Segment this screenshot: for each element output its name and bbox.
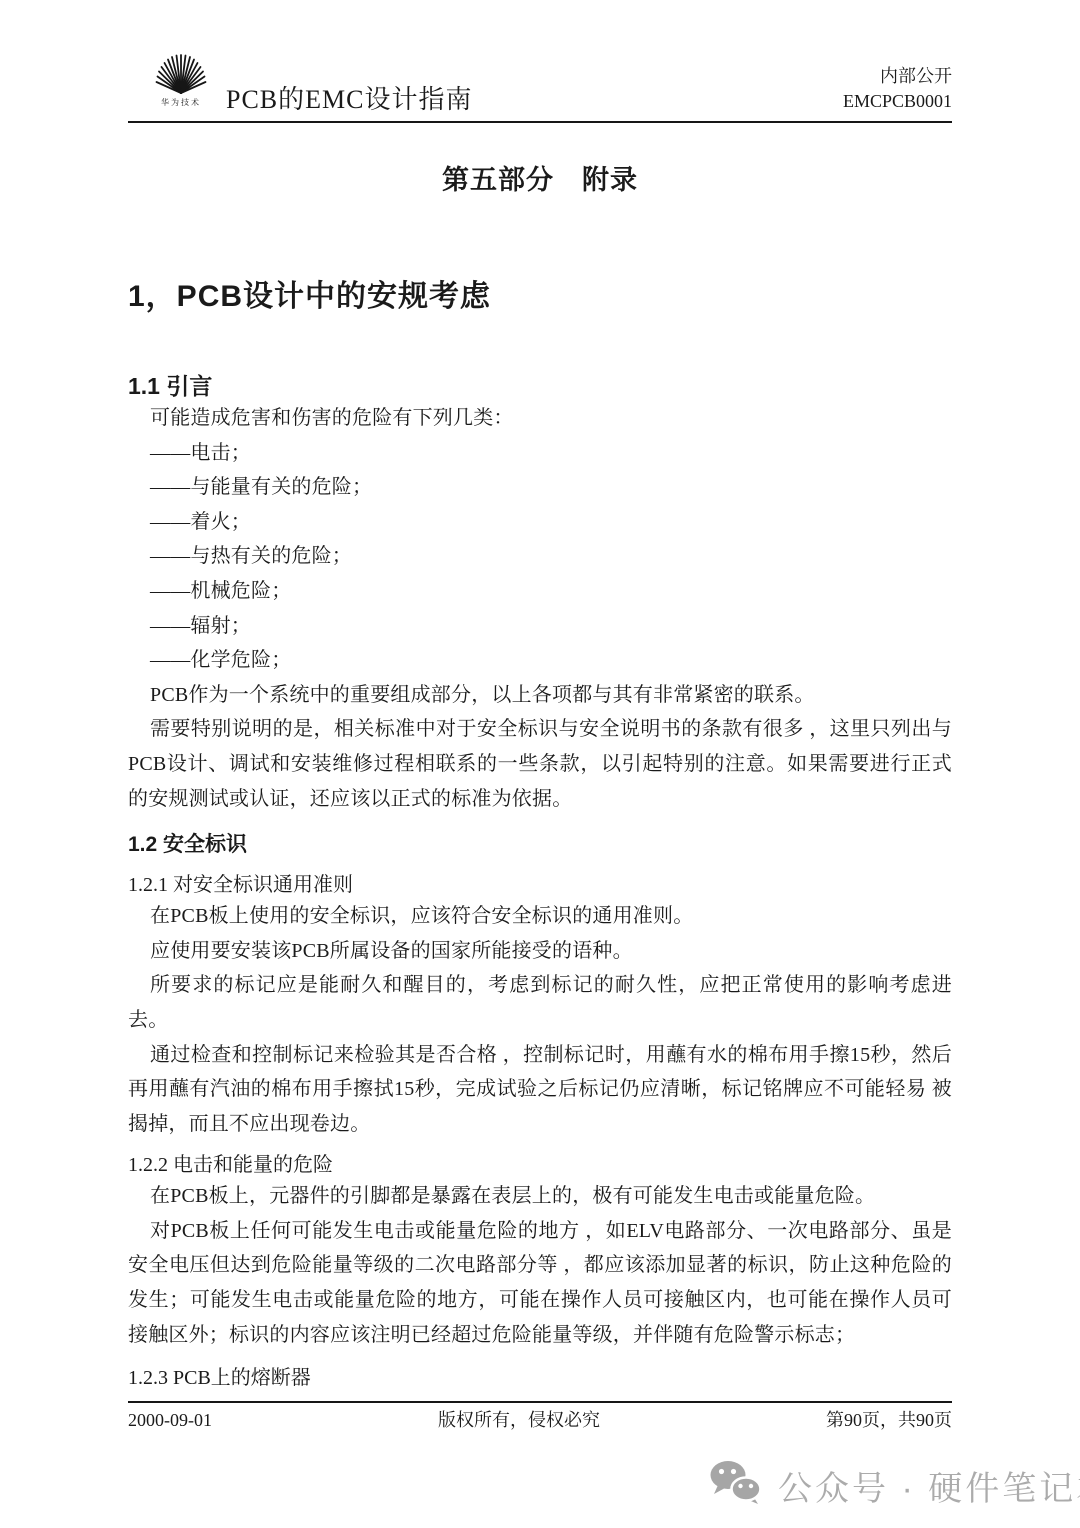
footer-divider	[128, 1401, 952, 1403]
section-heading-1-1: 1.1 引言	[128, 371, 952, 401]
footer-copyright: 版权所有，侵权必究	[212, 1407, 826, 1433]
section-heading-1-2-2: 1.2.2 电击和能量的危险	[128, 1151, 952, 1179]
paragraph: 应使用要安装该PCB所属设备的国家所能接受的语种。	[128, 934, 952, 969]
header-divider	[128, 121, 952, 123]
document-number: EMCPCB0001	[843, 89, 952, 114]
paragraph: 所要求的标记应是能耐久和醒目的，考虑到标记的耐久性，应把正常使用的影响考虑进去。	[128, 968, 952, 1037]
paragraph: 在PCB板上使用的安全标识，应该符合安全标识的通用准则。	[128, 899, 952, 934]
hazard-list-item: ——与能量有关的危险；	[128, 470, 952, 505]
hazard-list-item: ——化学危险；	[128, 643, 952, 678]
hazard-list-item: ——与热有关的危险；	[128, 539, 952, 574]
page-header: 华为技术 PCB的EMC设计指南 内部公开 EMCPCB0001	[128, 50, 952, 122]
document-title: PCB的EMC设计指南	[226, 79, 473, 116]
hazard-list-item: ——着火；	[128, 505, 952, 540]
paragraph: 需要特别说明的是，相关标准中对于安全标识与安全说明书的条款有很多 ，这里只列出与…	[128, 712, 952, 816]
company-logo: 华为技术	[150, 52, 212, 108]
huawei-fan-logo-icon	[150, 52, 212, 98]
page-footer: 2000-09-01 版权所有，侵权必究 第90页，共90页	[128, 1407, 952, 1433]
paragraph: 可能造成危害和伤害的危险有下列几类：	[128, 401, 952, 436]
logo-brand-text: 华为技术	[150, 98, 212, 108]
section-heading-1-2: 1.2 安全标识	[128, 830, 952, 860]
header-meta: 内部公开 EMCPCB0001	[843, 64, 952, 114]
chapter-title: 1，PCB设计中的安规考虑	[128, 277, 952, 317]
paragraph: PCB作为一个系统中的重要组成部分，以上各项都与其有非常紧密的联系。	[128, 678, 952, 713]
watermark-text: 公众号 · 硬件笔记本	[778, 1461, 1080, 1510]
hazard-list-item: ——电击；	[128, 436, 952, 471]
section-heading-1-2-3: 1.2.3 PCB上的熔断器	[128, 1364, 952, 1392]
hazard-list-item: ——机械危险；	[128, 574, 952, 609]
part-title: 第五部分 附录	[128, 162, 952, 198]
footer-date: 2000-09-01	[128, 1407, 212, 1433]
paragraph: 对PCB板上任何可能发生电击或能量危险的地方 ，如ELV电路部分、一次电路部分、…	[128, 1214, 952, 1352]
paragraph: 通过检查和控制标记来检验其是否合格 ，控制标记时，用蘸有水的棉布用手擦15秒，然…	[128, 1038, 952, 1142]
hazard-list-item: ——辐射；	[128, 609, 952, 644]
document-page: 华为技术 PCB的EMC设计指南 内部公开 EMCPCB0001 第五部分 附录…	[0, 0, 1080, 1528]
page-body: 第五部分 附录 1，PCB设计中的安规考虑 1.1 引言 可能造成危害和伤害的危…	[128, 140, 952, 1392]
wechat-icon	[708, 1460, 764, 1511]
classification-label: 内部公开	[843, 64, 952, 89]
footer-page-info: 第90页，共90页	[826, 1407, 952, 1433]
section-heading-1-2-1: 1.2.1 对安全标识通用准则	[128, 871, 952, 899]
paragraph: 在PCB板上，元器件的引脚都是暴露在表层上的，极有可能发生电击或能量危险。	[128, 1179, 952, 1214]
wechat-watermark: 公众号 · 硬件笔记本	[708, 1460, 1080, 1511]
